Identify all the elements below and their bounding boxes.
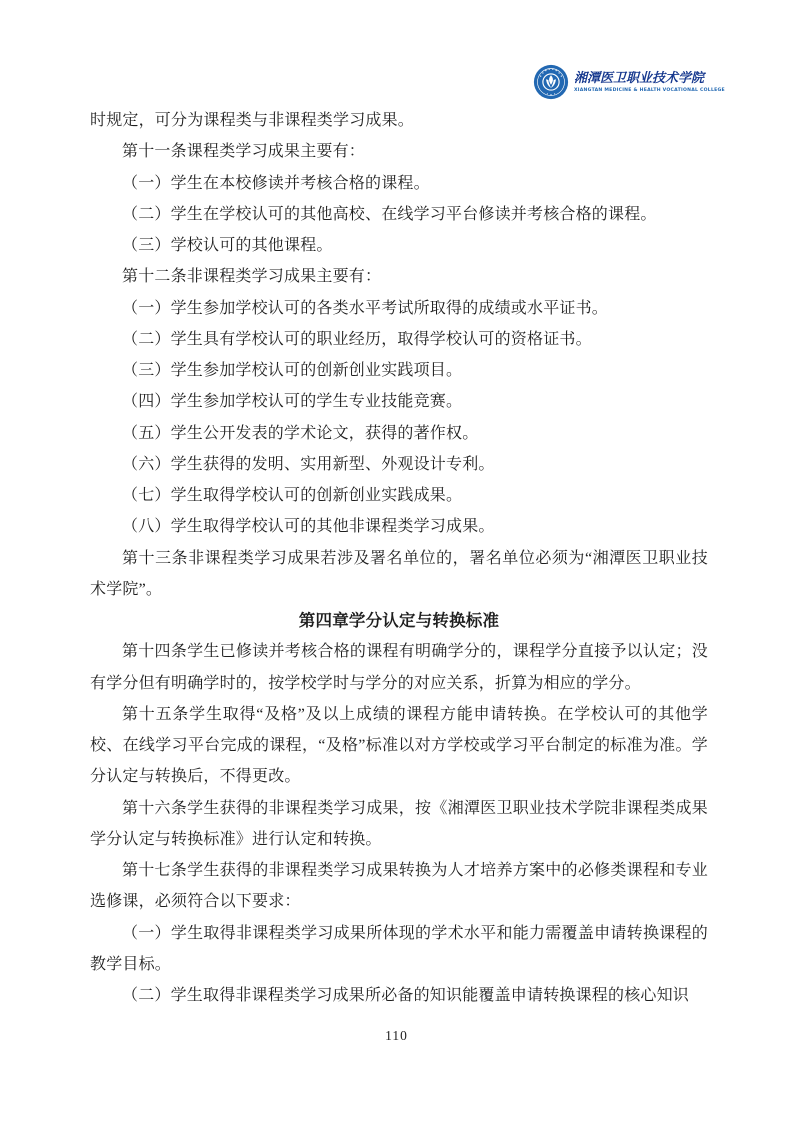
body-paragraph: （八）学生取得学校认可的其他非课程类学习成果。 [90, 511, 708, 542]
body-paragraph: （四）学生参加学校认可的学生专业技能竞赛。 [90, 386, 708, 417]
body-paragraph: 第十四条学生已修读并考核合格的课程有明确学分的，课程学分直接予以认定；没有学分但… [90, 636, 708, 699]
chapter-heading: 第四章学分认定与转换标准 [90, 605, 708, 636]
body-paragraph: （一）学生参加学校认可的各类水平考试所取得的成绩或水平证书。 [90, 293, 708, 324]
body-paragraph: （三）学生参加学校认可的创新创业实践项目。 [90, 355, 708, 386]
body-paragraph: （三）学校认可的其他课程。 [90, 230, 708, 261]
body-paragraph: （二）学生取得非课程类学习成果所必备的知识能覆盖申请转换课程的核心知识 [90, 980, 708, 1011]
college-name-en: XIANGTAN MEDICINE & HEALTH VOCATIONAL CO… [574, 87, 725, 94]
body-paragraph: 第十七条学生获得的非课程类学习成果转换为人才培养方案中的必修类课程和专业选修课，… [90, 855, 708, 918]
body-paragraph: （二）学生具有学校认可的职业经历，取得学校认可的资格证书。 [90, 324, 708, 355]
body-paragraph: （五）学生公开发表的学术论文，获得的著作权。 [90, 418, 708, 449]
body-paragraph: 第十三条非课程类学习成果若涉及署名单位的，署名单位必须为“湘潭医卫职业技术学院”… [90, 543, 708, 606]
body-paragraph: 第十二条非课程类学习成果主要有： [90, 261, 708, 292]
document-page: 湘潭医卫职业技术学院 XIANGTAN MEDICINE & HEALTH VO… [0, 0, 793, 1122]
body-paragraph: 第十一条课程类学习成果主要有： [90, 136, 708, 167]
body-paragraph: （一）学生取得非课程类学习成果所体现的学术水平和能力需覆盖申请转换课程的教学目标… [90, 918, 708, 981]
body-paragraph: 第十六条学生获得的非课程类学习成果，按《湘潭医卫职业技术学院非课程类成果学分认定… [90, 793, 708, 856]
document-body: 时规定，可分为课程类与非课程类学习成果。 第十一条课程类学习成果主要有： （一）… [90, 105, 708, 1011]
body-paragraph: 第十五条学生取得“及格”及以上成绩的课程方能申请转换。在学校认可的其他学校、在线… [90, 699, 708, 793]
college-name-block: 湘潭医卫职业技术学院 XIANGTAN MEDICINE & HEALTH VO… [574, 71, 725, 94]
body-paragraph: （七）学生取得学校认可的创新创业实践成果。 [90, 480, 708, 511]
college-logo: 湘潭医卫职业技术学院 XIANGTAN MEDICINE & HEALTH VO… [533, 64, 725, 100]
body-paragraph: （六）学生获得的发明、实用新型、外观设计专利。 [90, 449, 708, 480]
page-number: 110 [0, 1028, 793, 1044]
body-paragraph: （一）学生在本校修读并考核合格的课程。 [90, 168, 708, 199]
college-name-zh: 湘潭医卫职业技术学院 [574, 71, 725, 87]
college-emblem-icon [533, 64, 569, 100]
body-paragraph: （二）学生在学校认可的其他高校、在线学习平台修读并考核合格的课程。 [90, 199, 708, 230]
body-paragraph: 时规定，可分为课程类与非课程类学习成果。 [90, 105, 708, 136]
